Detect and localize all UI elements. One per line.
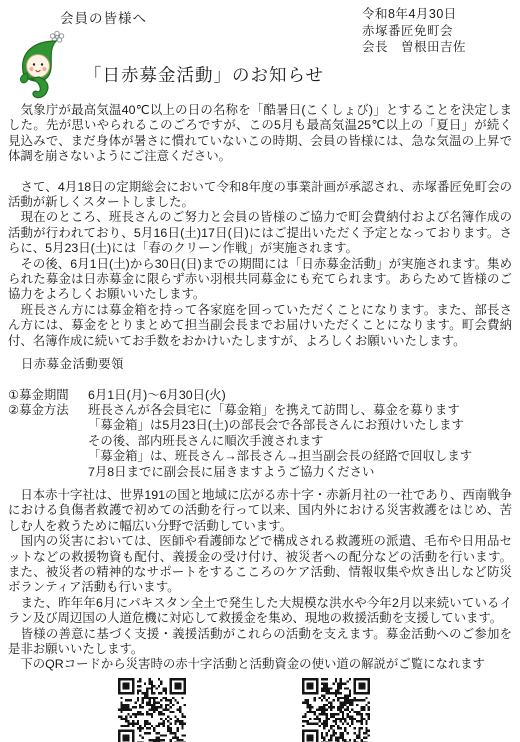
paragraph-fundraising-period: その後、6月1日(土)から30日(日)までの期間には「日赤募金活動」が実施されま… [8, 257, 512, 303]
mascot-character-image [8, 28, 80, 102]
qr-code-1 [118, 675, 186, 742]
header-issuer-block: 令和8年4月30日 赤塚番匠免町会 会長 曽根田吉佐 [362, 6, 466, 56]
guideline-text: 班長さんが各会員宅に「募金箱」を携えて訪問し、募金を募ります [88, 403, 512, 418]
qr-caption: 下のQRコードから災害時の赤十字活動と活動資金の使い道の解説がご覧になれます [8, 657, 512, 672]
guideline-subline: 「募金箱」は、班長さん→部長さん→担当副会長の経路で回収します [88, 449, 512, 464]
guideline-item-method: ②募金方法 班長さんが各会員宅に「募金箱」を携えて訪問し、募金を募ります [8, 403, 512, 418]
guideline-subline: 7月8日までに副会長に届きますようご協力ください [88, 465, 512, 480]
paragraph-redcross-overview: 日本赤十字社は、世界191の国と地域に広がる赤十字・赤新月社の一社であり、西南戦… [8, 488, 512, 534]
organization-name: 赤塚番匠免町会 [362, 23, 466, 40]
guideline-subline: その後、部内班長さんに順次手渡されます [88, 434, 512, 449]
paragraph-general-meeting: さて、4月18日の定期総会において令和8年度の事業計画が承認され、赤塚番匠免町会… [8, 180, 512, 211]
paragraph-collection-roles: 班長さん方には募金箱を持って各家庭を回っていただくことになります。また、部長さん… [8, 303, 512, 349]
document-body: 気象庁が最高気温40℃以上の日の名称を「酷暑日(こくしょび)」とすることを決定し… [8, 103, 512, 742]
qr-code-row [118, 675, 512, 742]
section-heading-guidelines: 日赤募金活動要領 [8, 357, 512, 372]
guideline-label: ①募金期間 [8, 388, 88, 403]
guideline-subline: 「募金箱」は5月23日(土)の部長会で各部長さんにお預けいたします [88, 418, 512, 433]
guideline-text: 6月1日(月)～6月30日(火) [88, 388, 512, 403]
paragraph-weather: 気象庁が最高気温40℃以上の日の名称を「酷暑日(こくしょび)」とすることを決定し… [8, 103, 512, 165]
guideline-label: ②募金方法 [8, 403, 88, 418]
guideline-item-period: ①募金期間 6月1日(月)～6月30日(火) [8, 388, 512, 403]
paragraph-current-activities: 現在のところ、班長さんのご努力と会員の皆様のご協力で町会費納付および名簿作成の活… [8, 210, 512, 256]
header-salutation: 会員の皆様へ [60, 7, 147, 27]
paragraph-domestic-relief: 国内の災害においては、医師や看護師などで構成される救護班の派遣、毛布や日用品セッ… [8, 534, 512, 596]
qr-code-2 [302, 675, 370, 742]
document-page: 会員の皆様へ 令和8年4月30日 赤塚番匠免町会 会長 曽根田吉佐 「日赤募金活… [0, 0, 520, 742]
page-title: 「日赤募金活動」のお知らせ [84, 62, 324, 87]
document-date: 令和8年4月30日 [362, 6, 466, 23]
paragraph-international-relief: また、昨年年6月にパキスタン全土で発生した大規模な洪水や今年2月以来続いているイ… [8, 596, 512, 627]
paragraph-appeal: 皆様の善意に基づく支援・義援活動がこれらの活動を支えます。募金活動へのご参加を是… [8, 627, 512, 658]
president-name: 会長 曽根田吉佐 [362, 39, 466, 56]
